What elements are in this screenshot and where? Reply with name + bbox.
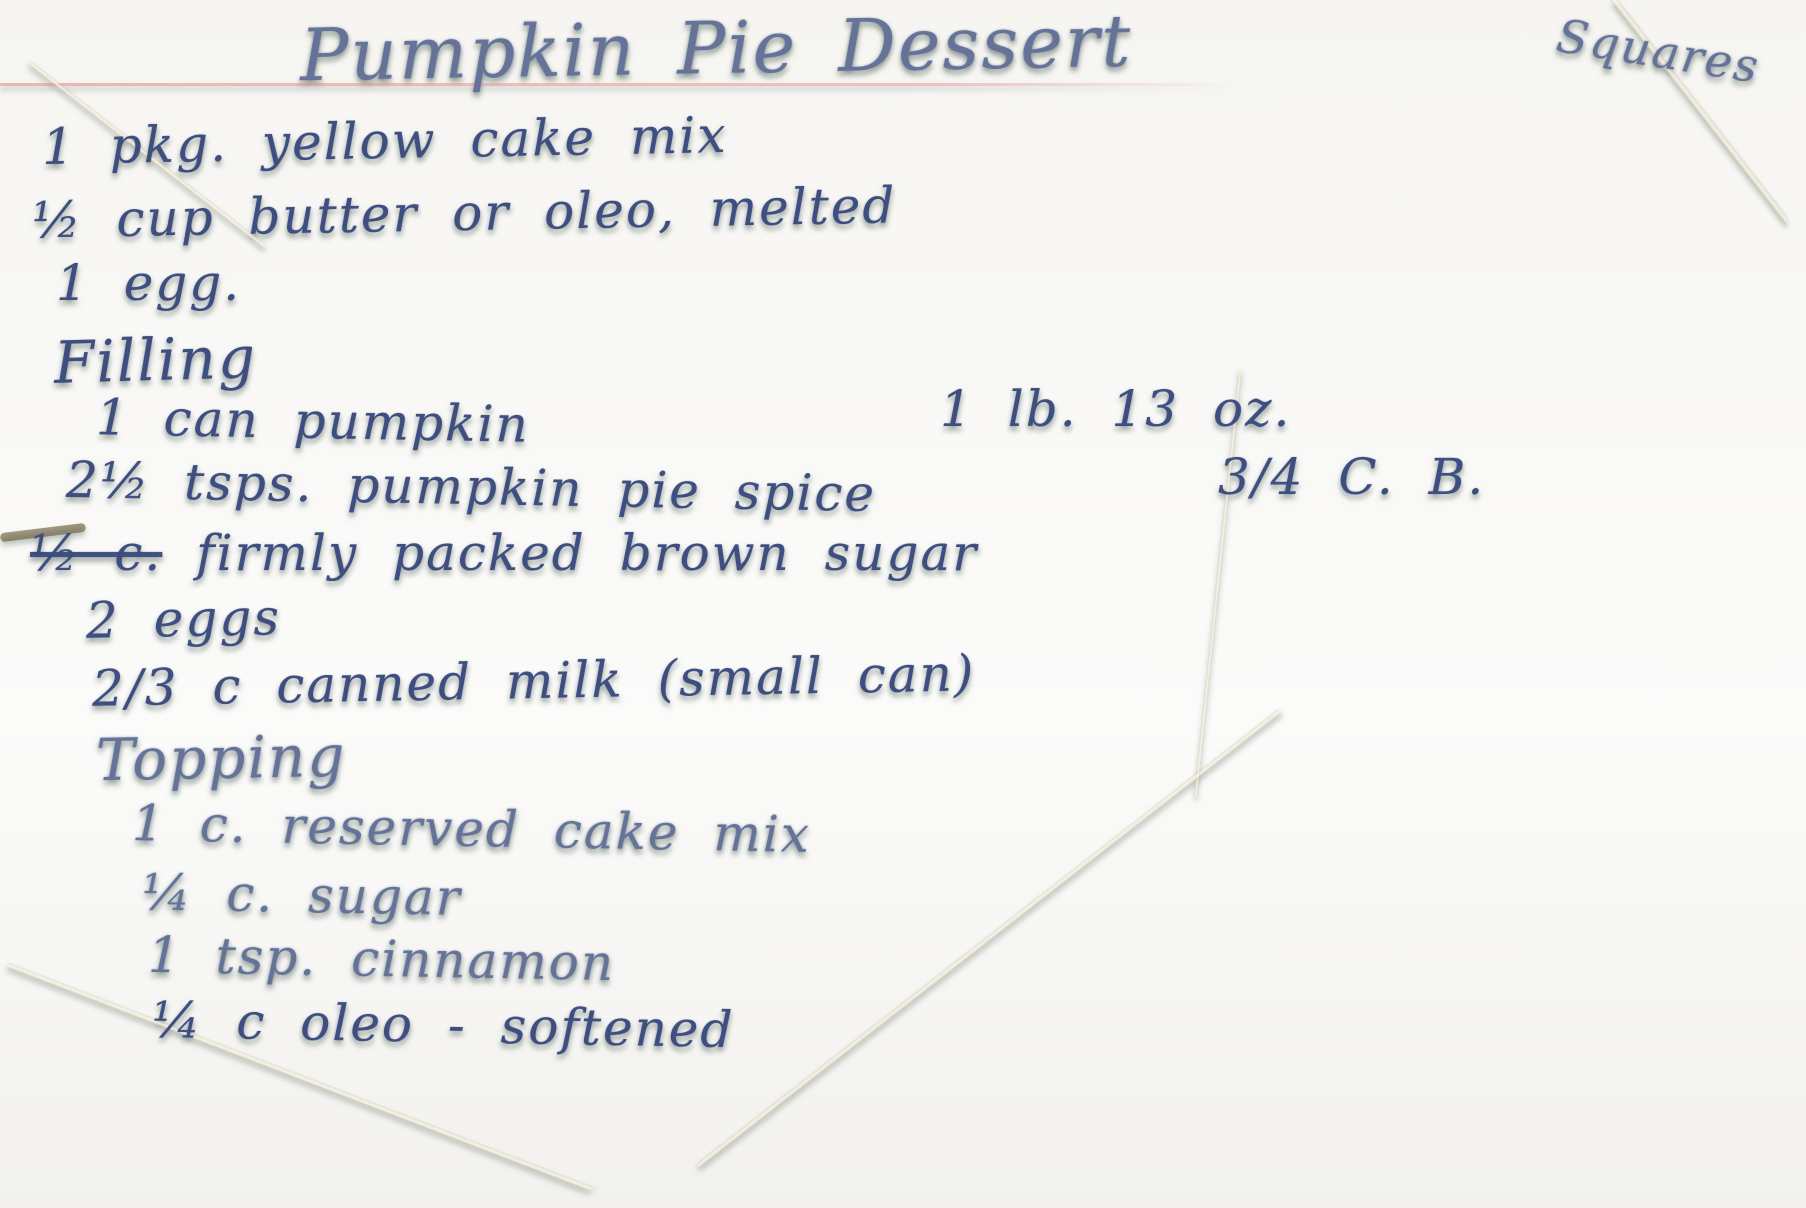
ingredient-oleo-softened: ¼ c oleo - softened [152, 991, 735, 1059]
ingredient-pie-spice-note: 3/4 C. B. [1218, 448, 1485, 506]
ingredient-cinnamon: 1 tsp. cinnamon [148, 926, 616, 992]
paper-crease [696, 708, 1283, 1168]
ingredient-eggs: 2 eggs [86, 588, 282, 649]
section-heading-topping: Topping [95, 722, 347, 794]
struck-amount: ½ c. [30, 524, 162, 582]
recipe-title-annotation: Squares [1553, 8, 1764, 93]
recipe-card-wrapper: Pumpkin Pie Dessert Squares 1 pkg. yello… [0, 0, 1806, 1208]
ingredient-canned-milk: 2/3 c canned milk (small can) [92, 644, 976, 717]
ingredient-pumpkin-weight: 1 lb. 13 oz. [940, 380, 1291, 438]
ingredient-egg: 1 egg. [56, 254, 241, 312]
recipe-card: Pumpkin Pie Dessert Squares 1 pkg. yello… [0, 0, 1806, 1208]
brown-sugar-text: firmly packed brown sugar [162, 524, 978, 582]
ingredient-brown-sugar: ½ c. firmly packed brown sugar [30, 524, 978, 582]
ingredient-reserved-cake-mix: 1 c. reserved cake mix [132, 794, 812, 864]
ingredient-cake-mix: 1 pkg. yellow cake mix [42, 106, 729, 176]
ingredient-pumpkin: 1 can pumpkin [96, 388, 531, 454]
ingredient-butter: ½ cup butter or oleo, melted [32, 176, 897, 249]
recipe-title: Pumpkin Pie Dessert [299, 0, 1133, 97]
ingredient-sugar: ¼ c. sugar [142, 863, 463, 927]
section-heading-filling: Filling [53, 323, 258, 397]
ingredient-pie-spice: 2½ tsps. pumpkin pie spice [66, 451, 877, 523]
